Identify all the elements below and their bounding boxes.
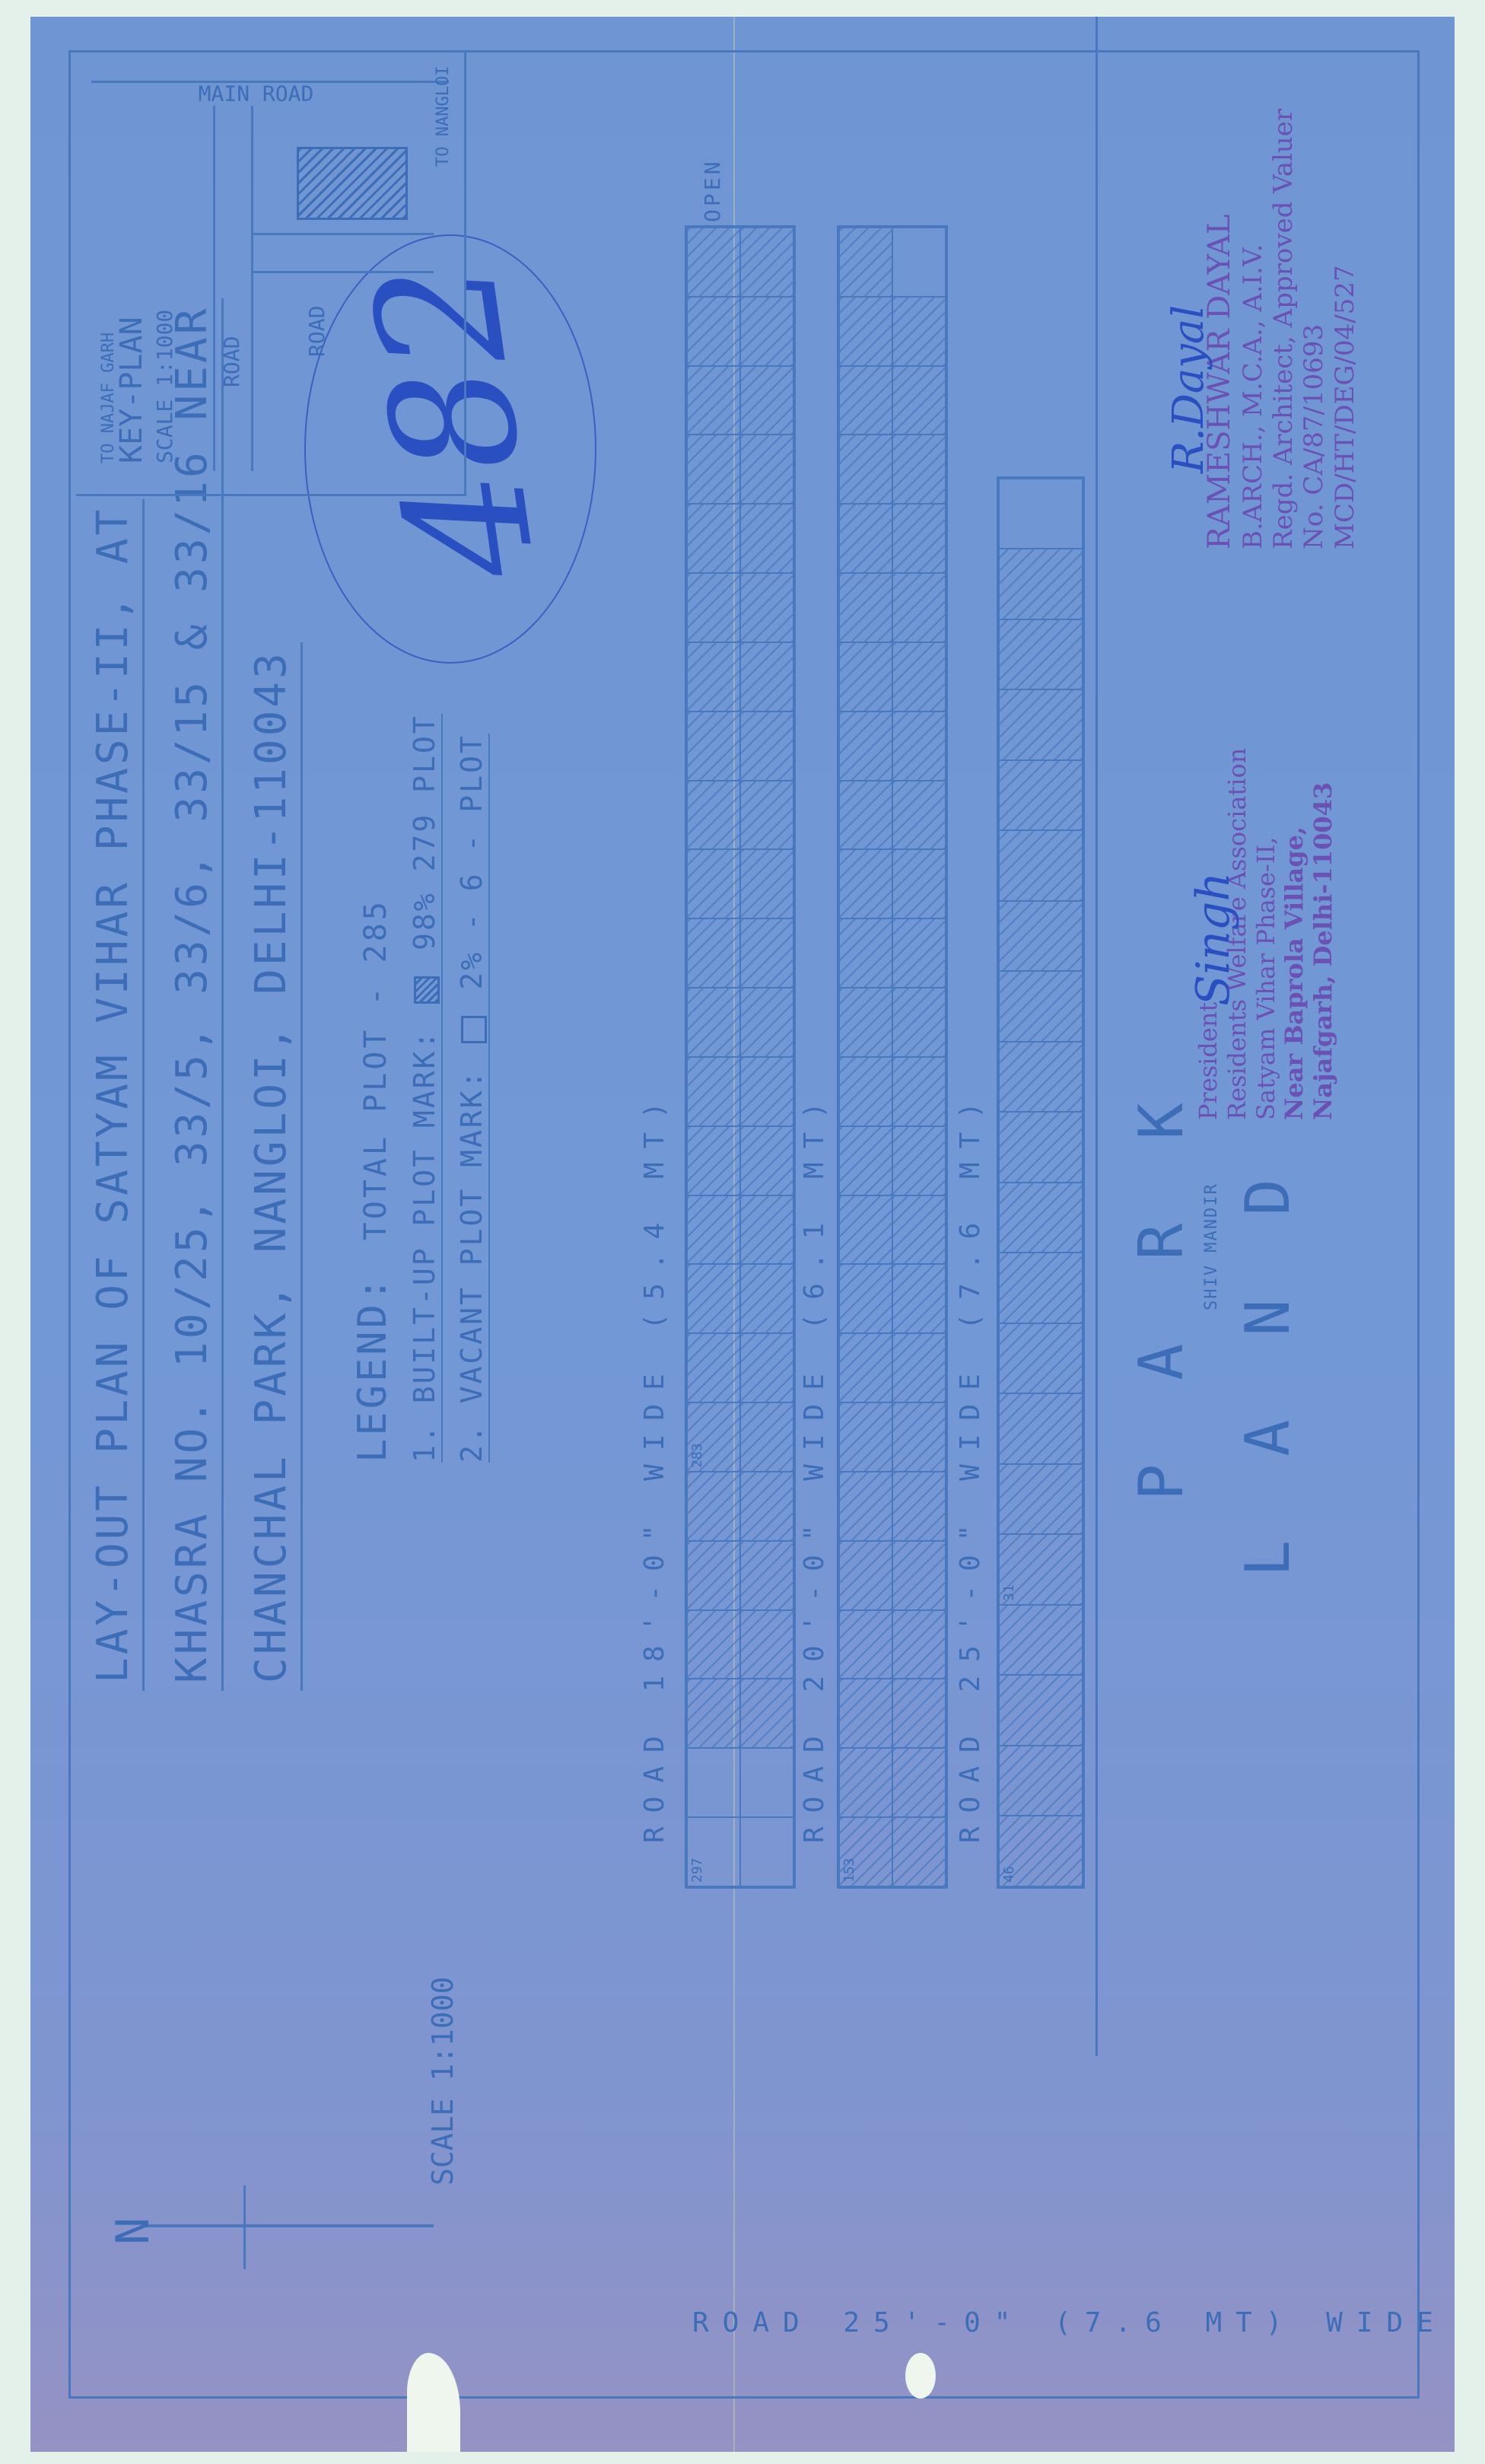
- plot-cell: [839, 850, 892, 919]
- plot-cell: [892, 988, 946, 1057]
- plot-cell: [687, 1472, 740, 1541]
- plot-cell: [740, 1817, 793, 1886]
- hatched-swatch-icon: [414, 976, 440, 1004]
- plot-cell: [740, 1610, 793, 1679]
- rotated-drawing: LAY-OUT PLAN OF SATYAM VIHAR PHASE-II, A…: [30, 17, 1455, 2452]
- plot-cell: [892, 1541, 946, 1610]
- plot-cell: [892, 1057, 946, 1126]
- plot-cell: [740, 988, 793, 1057]
- road-label-1: ROAD 18'-0" WIDE (5.4 MT): [639, 1088, 670, 1843]
- plot-cell: [999, 831, 1083, 902]
- shiv-mandir-label: SHIV MANDIR: [1202, 1183, 1221, 1310]
- plot-cell: [740, 712, 793, 781]
- plot-cell: [892, 1748, 946, 1817]
- plot-cell: [839, 1402, 892, 1472]
- park-land-label: LAND: [1232, 1095, 1303, 1577]
- plot-cell: [687, 1265, 740, 1334]
- plot-cell: [740, 1057, 793, 1126]
- plot-cell: [999, 1676, 1083, 1746]
- plot-cell: [892, 366, 946, 435]
- plot-cell: [839, 366, 892, 435]
- plot-cell: [892, 781, 946, 850]
- plot-cell: [740, 642, 793, 712]
- plot-cell: [687, 435, 740, 505]
- plot-cell: [839, 435, 892, 505]
- key-plan-main-road: MAIN ROAD: [199, 81, 314, 107]
- plot-cell: [839, 1195, 892, 1265]
- plot-cell: [839, 712, 892, 781]
- plot-cell: [839, 1126, 892, 1195]
- open-space-label: OPEN: [700, 159, 725, 222]
- architect-stamp: RAMESHWAR DAYAL B.ARCH., M.C.A., A.I.V. …: [1202, 109, 1360, 549]
- plot-cell: [892, 1265, 946, 1334]
- plot-cell: [839, 1333, 892, 1402]
- plot-cell: [740, 1748, 793, 1817]
- plot-cell: [839, 1472, 892, 1541]
- plot-cell: [839, 297, 892, 366]
- plot-cell: [740, 1333, 793, 1402]
- legend-title: LEGEND:: [350, 1275, 396, 1463]
- plot-cell: [999, 1042, 1083, 1113]
- plot-cell: [999, 1323, 1083, 1394]
- plot-cell: [839, 1057, 892, 1126]
- plot-cell: [687, 1541, 740, 1610]
- plot-cell: [999, 901, 1083, 972]
- scale-label: SCALE 1:1000: [426, 1976, 459, 2185]
- north-label: N: [107, 2217, 160, 2245]
- plot-cell: [892, 712, 946, 781]
- legend-item-built: 1. BUILT-UP PLOT MARK: 98% 279 PLOT: [408, 714, 443, 1463]
- legend: LEGEND: TOTAL PLOT - 285 1. BUILT-UP PLO…: [350, 714, 490, 1463]
- plot-cell: [687, 573, 740, 642]
- title-line-2: KHASRA NO. 10/25, 33/5, 33/6, 33/15 & 33…: [163, 298, 224, 1691]
- plot-cell: [740, 1265, 793, 1334]
- association-signature: Singh: [1187, 872, 1240, 1006]
- plot-cell: [839, 1748, 892, 1817]
- blueprint-sheet: LAY-OUT PLAN OF SATYAM VIHAR PHASE-II, A…: [30, 17, 1455, 2452]
- plot-cell: [999, 1253, 1083, 1324]
- plot-cell: [839, 1541, 892, 1610]
- plot-cell: [687, 1610, 740, 1679]
- plot-cell: 283: [687, 1402, 740, 1472]
- plot-cell: [687, 1679, 740, 1749]
- plot-cell: [687, 228, 740, 297]
- plot-cell: [839, 781, 892, 850]
- plot-cell: [687, 1195, 740, 1265]
- key-plan-title: KEY-PLAN: [114, 317, 149, 463]
- plot-cell: [740, 781, 793, 850]
- plot-cell: [839, 642, 892, 712]
- plot-cell: [740, 366, 793, 435]
- plot-cell: [687, 918, 740, 988]
- plot-cell: [740, 297, 793, 366]
- plot-cell: [999, 619, 1083, 690]
- plot-cell: [892, 1610, 946, 1679]
- plot-cell: [999, 1113, 1083, 1183]
- plot-cell: [999, 1746, 1083, 1816]
- plot-cell: 153: [839, 1817, 892, 1886]
- plot-cell: [687, 712, 740, 781]
- plot-cell: [999, 479, 1083, 549]
- road-label-2: ROAD 20'-0" WIDE (6.1 MT): [799, 1088, 830, 1843]
- plot-block-c: 4631: [997, 476, 1085, 1889]
- key-plan: KEY-PLAN SCALE 1:1000 ROAD ROAD MAIN ROA…: [76, 53, 466, 496]
- plot-cell: [892, 1402, 946, 1472]
- plot-cell: [740, 1195, 793, 1265]
- plot-cell: [687, 1126, 740, 1195]
- plot-cell: [687, 366, 740, 435]
- plot-cell: [687, 1057, 740, 1126]
- plot-cell: [999, 549, 1083, 620]
- plot-cell: [839, 228, 892, 297]
- plot-cell: [999, 1394, 1083, 1465]
- plot-cell: [892, 228, 946, 297]
- plot-cell: [687, 1748, 740, 1817]
- plot-cell: [892, 1817, 946, 1886]
- key-plan-to-nangloi: TO NANGLOI: [434, 66, 453, 167]
- plot-cell: [892, 435, 946, 505]
- plot-cell: [839, 918, 892, 988]
- plot-cell: [892, 1195, 946, 1265]
- plot-cell: [740, 1402, 793, 1472]
- plot-cell: [839, 1679, 892, 1749]
- plot-cell: 31: [999, 1535, 1083, 1606]
- plot-cell: [740, 1679, 793, 1749]
- plot-cell: [892, 642, 946, 712]
- plot-cell: [892, 297, 946, 366]
- park-label: PARK: [1126, 1019, 1197, 1501]
- paper-tear: [905, 2353, 936, 2399]
- plot-cell: [839, 1610, 892, 1679]
- plot-cell: [740, 435, 793, 505]
- plot-block-b: 153: [837, 225, 948, 1889]
- plot-cell: [740, 1472, 793, 1541]
- plot-cell: [687, 850, 740, 919]
- plot-cell: [740, 504, 793, 573]
- empty-swatch-icon: [461, 1016, 487, 1043]
- plot-cell: [999, 972, 1083, 1043]
- north-arrow-icon: N: [114, 2163, 449, 2284]
- plot-cell: [839, 573, 892, 642]
- plot-cell: [687, 642, 740, 712]
- plot-cell: 297: [687, 1817, 740, 1886]
- plot-cell: [740, 228, 793, 297]
- legend-item-vacant: 2. VACANT PLOT MARK: 2% - 6 - PLOT: [455, 734, 490, 1463]
- plot-cell: [999, 690, 1083, 761]
- plot-cell: [892, 1126, 946, 1195]
- plot-cell: [839, 504, 892, 573]
- plot-cell: 46: [999, 1816, 1083, 1887]
- road-label-4: ROAD 25'-0" (7.6 MT) WIDE: [692, 2307, 1447, 2338]
- road-label-3: ROAD 25'-0" WIDE (7.6 MT): [955, 1088, 986, 1843]
- plot-cell: [687, 781, 740, 850]
- plot-cell: [740, 573, 793, 642]
- key-plan-scale: SCALE 1:1000: [152, 310, 177, 463]
- plot-block-a: 297283: [685, 225, 796, 1889]
- plot-cell: [892, 573, 946, 642]
- plot-cell: [999, 1464, 1083, 1535]
- plot-cell: [892, 918, 946, 988]
- key-plan-to-najafgarh: TO NAJAF GARH: [99, 333, 118, 463]
- plot-cell: [839, 988, 892, 1057]
- plot-cell: [892, 850, 946, 919]
- plot-cell: [999, 1605, 1083, 1676]
- architect-signature: R.Dayal: [1164, 305, 1213, 473]
- plot-cell: [740, 850, 793, 919]
- plot-cell: [740, 918, 793, 988]
- plot-cell: [892, 1333, 946, 1402]
- plot-cell: [999, 1183, 1083, 1253]
- plot-cell: [687, 1333, 740, 1402]
- plot-cell: [687, 988, 740, 1057]
- key-plan-road2-label: ROAD: [304, 306, 329, 357]
- plot-cell: [687, 504, 740, 573]
- title-line-1: LAY-OUT PLAN OF SATYAM VIHAR PHASE-II, A…: [84, 499, 145, 1691]
- plot-cell: [999, 760, 1083, 831]
- plot-cell: [839, 1265, 892, 1334]
- plot-cell: [892, 1679, 946, 1749]
- title-line-3: CHANCHAL PARK, NANGLOI, DELHI-110043: [242, 642, 303, 1691]
- plot-cell: [892, 504, 946, 573]
- plot-cell: [740, 1541, 793, 1610]
- plot-cell: [687, 297, 740, 366]
- site-hatch-icon: [297, 147, 408, 220]
- legend-total: TOTAL PLOT - 285: [358, 899, 393, 1240]
- plot-cell: [892, 1472, 946, 1541]
- key-plan-road-label: ROAD: [219, 336, 244, 387]
- plot-cell: [740, 1126, 793, 1195]
